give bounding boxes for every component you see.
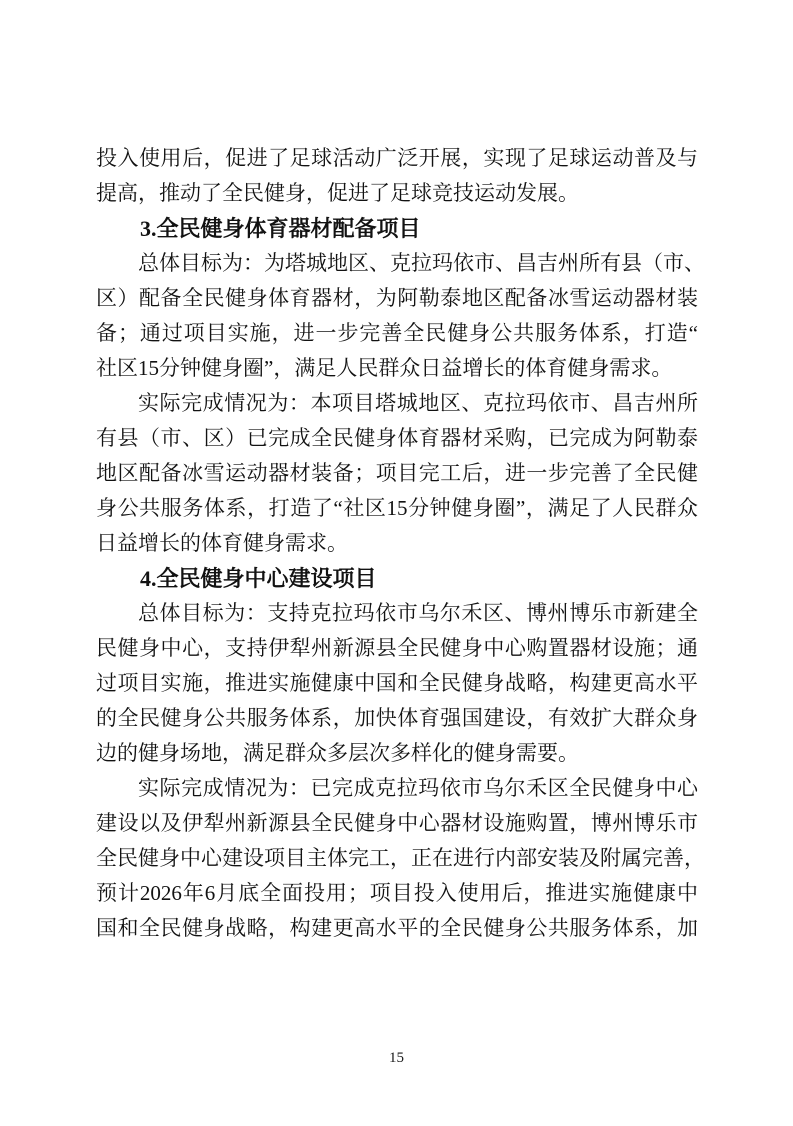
text-line: 全民健身中心建设项目主体完工，正在进行内部安装及附属完善， [96, 841, 698, 876]
text-line: 地区配备冰雪运动器材装备；项目完工后，进一步完善了全民健 [96, 456, 698, 491]
text-block: 投入使用后，促进了足球活动广泛开展，实现了足球运动普及与 提高，推动了全民健身，… [96, 141, 698, 946]
text-line: 实际完成情况为：本项目塔城地区、克拉玛依市、昌吉州所 [96, 386, 698, 421]
text-line: 区）配备全民健身体育器材，为阿勒泰地区配备冰雪运动器材装 [96, 281, 698, 316]
text-line: 总体目标为：支持克拉玛依市乌尔禾区、博州博乐市新建全 [96, 596, 698, 631]
section-3-completion-paragraph: 实际完成情况为：本项目塔城地区、克拉玛依市、昌吉州所 有县（市、区）已完成全民健… [96, 386, 698, 561]
section-3-heading: 3.全民健身体育器材配备项目 [96, 211, 698, 246]
text-line: 提高，推动了全民健身，促进了足球竞技运动发展。 [96, 176, 698, 211]
section-4-completion-paragraph: 实际完成情况为：已完成克拉玛依市乌尔禾区全民健身中心 建设以及伊犁州新源县全民健… [96, 771, 698, 946]
paragraph-intro-continuation: 投入使用后，促进了足球活动广泛开展，实现了足球运动普及与 提高，推动了全民健身，… [96, 141, 698, 211]
section-4-heading: 4.全民健身中心建设项目 [96, 561, 698, 596]
text-line: 国和全民健身战略，构建更高水平的全民健身公共服务体系，加 [96, 911, 698, 946]
section-4-goal-paragraph: 总体目标为：支持克拉玛依市乌尔禾区、博州博乐市新建全 民健身中心，支持伊犁州新源… [96, 596, 698, 771]
document-page: 投入使用后，促进了足球活动广泛开展，实现了足球运动普及与 提高，推动了全民健身，… [0, 0, 793, 1126]
text-line: 实际完成情况为：已完成克拉玛依市乌尔禾区全民健身中心 [96, 771, 698, 806]
text-line: 身公共服务体系，打造了“社区15分钟健身圈”，满足了人民群众 [96, 491, 698, 526]
text-line: 备；通过项目实施，进一步完善全民健身公共服务体系，打造“ [96, 316, 698, 351]
section-3-goal-paragraph: 总体目标为：为塔城地区、克拉玛依市、昌吉州所有县（市、 区）配备全民健身体育器材… [96, 246, 698, 386]
text-line: 边的健身场地，满足群众多层次多样化的健身需要。 [96, 736, 698, 771]
page-number: 15 [0, 1050, 793, 1067]
text-line: 总体目标为：为塔城地区、克拉玛依市、昌吉州所有县（市、 [96, 246, 698, 281]
text-line: 过项目实施，推进实施健康中国和全民健身战略，构建更高水平 [96, 666, 698, 701]
text-line: 日益增长的体育健身需求。 [96, 526, 698, 561]
text-line: 社区15分钟健身圈”，满足人民群众日益增长的体育健身需求。 [96, 351, 698, 386]
text-line: 的全民健身公共服务体系，加快体育强国建设，有效扩大群众身 [96, 701, 698, 736]
text-line: 预计2026年6月底全面投用；项目投入使用后，推进实施健康中 [96, 876, 698, 911]
text-line: 民健身中心，支持伊犁州新源县全民健身中心购置器材设施；通 [96, 631, 698, 666]
text-line: 投入使用后，促进了足球活动广泛开展，实现了足球运动普及与 [96, 141, 698, 176]
text-line: 建设以及伊犁州新源县全民健身中心器材设施购置，博州博乐市 [96, 806, 698, 841]
text-line: 有县（市、区）已完成全民健身体育器材采购，已完成为阿勒泰 [96, 421, 698, 456]
